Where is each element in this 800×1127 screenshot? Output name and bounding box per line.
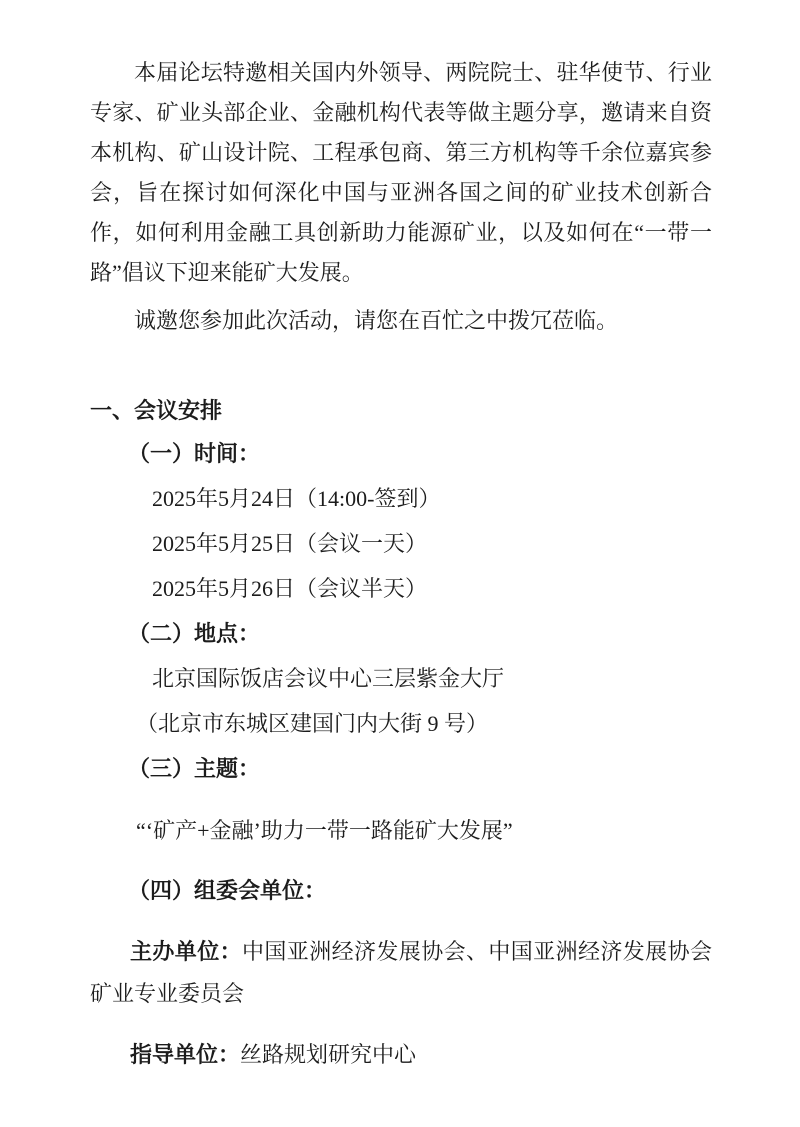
location-venue: 北京国际饭店会议中心三层紫金大厅 (152, 656, 712, 701)
guiding-organizer-label: 指导单位： (130, 1042, 240, 1067)
theme-content: “‘矿产+金融’助力一带一路能矿大发展” (136, 808, 712, 853)
subheading-location: （二）地点： (128, 611, 712, 656)
time-item-2: 2025年5月25日（会议一天） (152, 521, 712, 566)
time-item-3: 2025年5月26日（会议半天） (152, 566, 712, 611)
guiding-organizer-value: 丝路规划研究中心 (240, 1042, 416, 1067)
subheading-committee: （四）组委会单位： (128, 868, 712, 913)
time-item-1: 2025年5月24日（14:00-签到） (152, 476, 712, 521)
document-page: 本届论坛特邀相关国内外领导、两院院士、驻华使节、行业专家、矿业头部企业、金融机构… (0, 0, 800, 1127)
location-address: （北京市东城区建国门内大街 9 号） (136, 701, 712, 746)
host-organizer-label: 主办单位： (130, 939, 242, 964)
section-heading-meeting-arrangement: 一、会议安排 (90, 391, 712, 431)
invitation-paragraph: 诚邀您参加此次活动，请您在百忙之中拨冗莅临。 (90, 301, 712, 341)
intro-paragraph: 本届论坛特邀相关国内外领导、两院院士、驻华使节、行业专家、矿业头部企业、金融机构… (90, 53, 712, 293)
subheading-time: （一）时间： (128, 431, 712, 476)
subheading-theme: （三）主题： (128, 746, 712, 791)
guiding-organizer-paragraph: 指导单位：丝路规划研究中心 (90, 1034, 712, 1076)
host-organizer-paragraph: 主办单位：中国亚洲经济发展协会、中国亚洲经济发展协会矿业专业委员会 (90, 931, 712, 1015)
